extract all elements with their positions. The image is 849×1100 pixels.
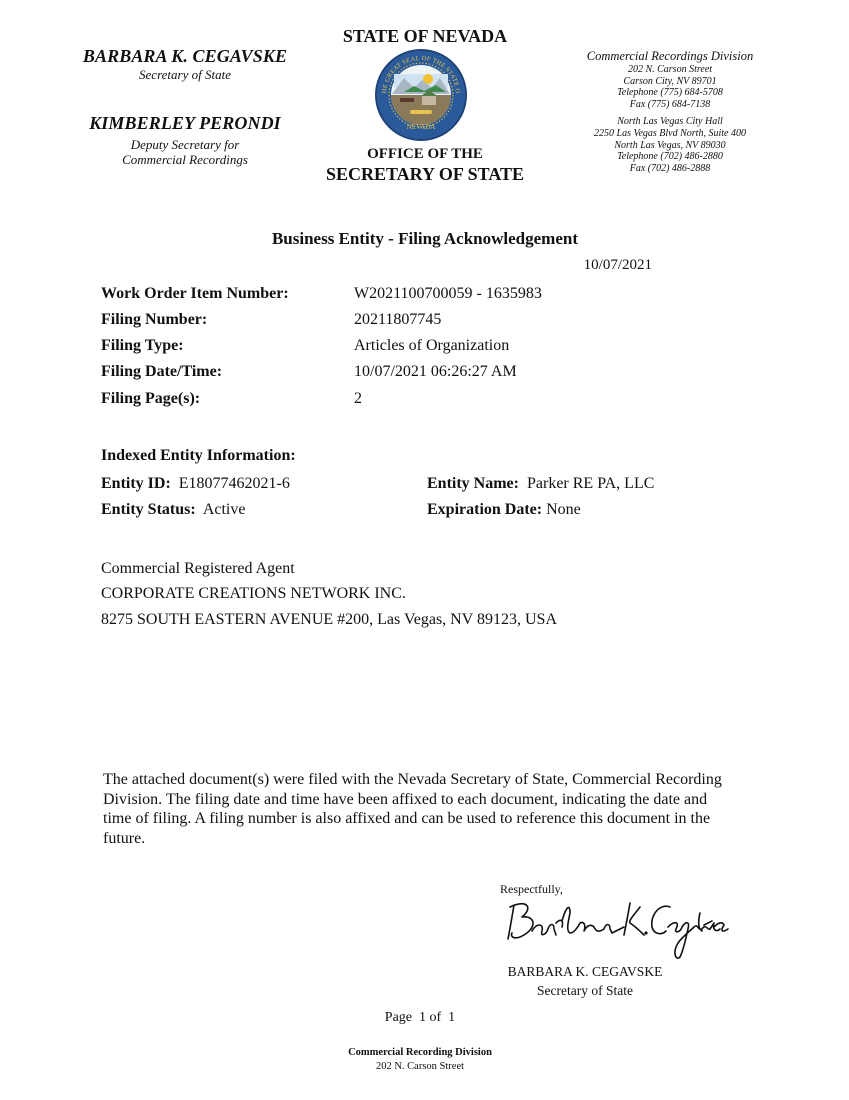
signatory-title: Secretary of State [500,983,670,999]
entity-id-value: E18077462021-6 [179,475,290,492]
contact-carson-line: 202 N. Carson Street [560,64,780,76]
field-label: Filing Page(s): [101,390,200,408]
entity-name-label: Entity Name: [427,475,519,492]
svg-text:NEVADA: NEVADA [407,123,436,131]
entity-expiration-label: Expiration Date: [427,501,542,518]
field-label: Filing Date/Time: [101,363,222,381]
entity-name-value: Parker RE PA, LLC [527,475,654,492]
field-value: 10/07/2021 06:26:27 AM [354,363,517,381]
deputy-name: KIMBERLEY PERONDI [60,113,310,134]
entity-status: Entity Status: Active [101,501,245,519]
state-title: STATE OF NEVADA [310,26,540,47]
secretary-title: Secretary of State [60,67,310,82]
deputy-title-line2: Commercial Recordings [60,152,310,167]
entity-id: Entity ID: E18077462021-6 [101,475,290,493]
field-value: Articles of Organization [354,337,509,355]
entity-status-value: Active [203,501,246,518]
entity-name: Entity Name: Parker RE PA, LLC [427,475,654,493]
filing-notice: The attached document(s) were filed with… [103,770,723,848]
contact-block: Commercial Recordings Division 202 N. Ca… [560,49,780,174]
officials-block: BARBARA K. CEGAVSKE Secretary of State K… [60,46,310,167]
field-value: 2 [354,390,362,408]
contact-carson-line: Telephone (775) 684-5708 [560,87,780,99]
agent-address: 8275 SOUTH EASTERN AVENUE #200, Las Vega… [101,611,557,629]
entity-expiration-value: None [546,501,581,518]
entity-expiration: Expiration Date: None [427,501,581,519]
nevada-state-seal-icon: NEVADA THE GREAT SEAL OF THE STATE OF [374,48,468,142]
office-title-line1: OFFICE OF THE [310,146,540,163]
contact-carson-line: Fax (775) 684-7138 [560,99,780,111]
field-label: Filing Number: [101,311,207,329]
office-title-line2: SECRETARY OF STATE [300,164,550,185]
contact-lv-line: Telephone (702) 486-2880 [560,151,780,163]
footer-address: 202 N. Carson Street [300,1061,540,1072]
field-value: 20211807745 [354,311,441,329]
footer-division: Commercial Recording Division [300,1047,540,1058]
contact-carson-line: Carson City, NV 89701 [560,76,780,88]
contact-lv-line: 2250 Las Vegas Blvd North, Suite 400 [560,128,780,140]
deputy-title-line1: Deputy Secretary for [60,137,310,152]
secretary-name: BARBARA K. CEGAVSKE [60,46,310,67]
entity-status-label: Entity Status: [101,501,196,518]
contact-division: Commercial Recordings Division [560,49,780,64]
field-label: Filing Type: [101,337,184,355]
indexed-entity-heading: Indexed Entity Information: [101,447,296,465]
document-title: Business Entity - Filing Acknowledgement [150,229,700,249]
entity-id-label: Entity ID: [101,475,171,492]
contact-lv-line: North Las Vegas City Hall [560,116,780,128]
field-value: W2021100700059 - 1635983 [354,285,542,303]
page-number: Page 1 of 1 [320,1010,520,1026]
signatory-name: BARBARA K. CEGAVSKE [500,964,670,980]
contact-lv-line: North Las Vegas, NV 89030 [560,140,780,152]
signature-image [500,893,730,963]
field-label: Work Order Item Number: [101,285,289,303]
document-date: 10/07/2021 [540,257,652,274]
contact-lv-line: Fax (702) 486-2888 [560,163,780,175]
agent-name: CORPORATE CREATIONS NETWORK INC. [101,585,406,603]
agent-type: Commercial Registered Agent [101,560,295,578]
